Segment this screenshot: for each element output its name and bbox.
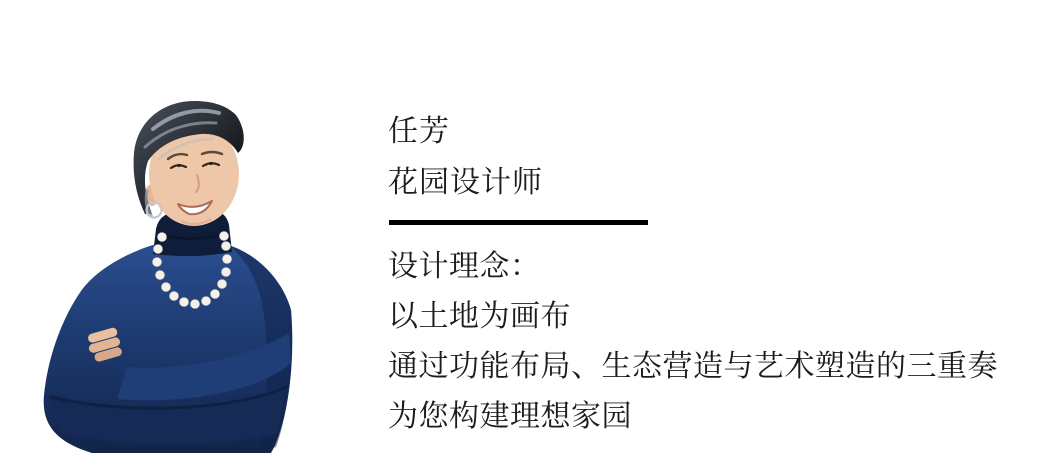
divider-rule [389, 220, 648, 225]
designer-portrait-photo [35, 95, 345, 455]
philosophy-line-2: 通过功能布局、生态营造与艺术塑造的三重奏 [388, 342, 1028, 392]
philosophy-line-3: 为您构建理想家园 [388, 392, 1028, 442]
portrait-illustration [35, 95, 345, 455]
designer-role: 花园设计师 [388, 157, 1028, 208]
philosophy-line-1: 以土地为画布 [388, 292, 1028, 342]
philosophy-heading: 设计理念： [388, 242, 1028, 292]
pupil-left [177, 164, 180, 167]
designer-name: 任芳 [388, 106, 1028, 157]
profile-text-column: 任芳 花园设计师 设计理念： 以土地为画布 通过功能布局、生态营造与艺术塑造的三… [388, 106, 1028, 442]
profile-card: 任芳 花园设计师 设计理念： 以土地为画布 通过功能布局、生态营造与艺术塑造的三… [0, 0, 1061, 472]
pupil-right [209, 162, 212, 165]
